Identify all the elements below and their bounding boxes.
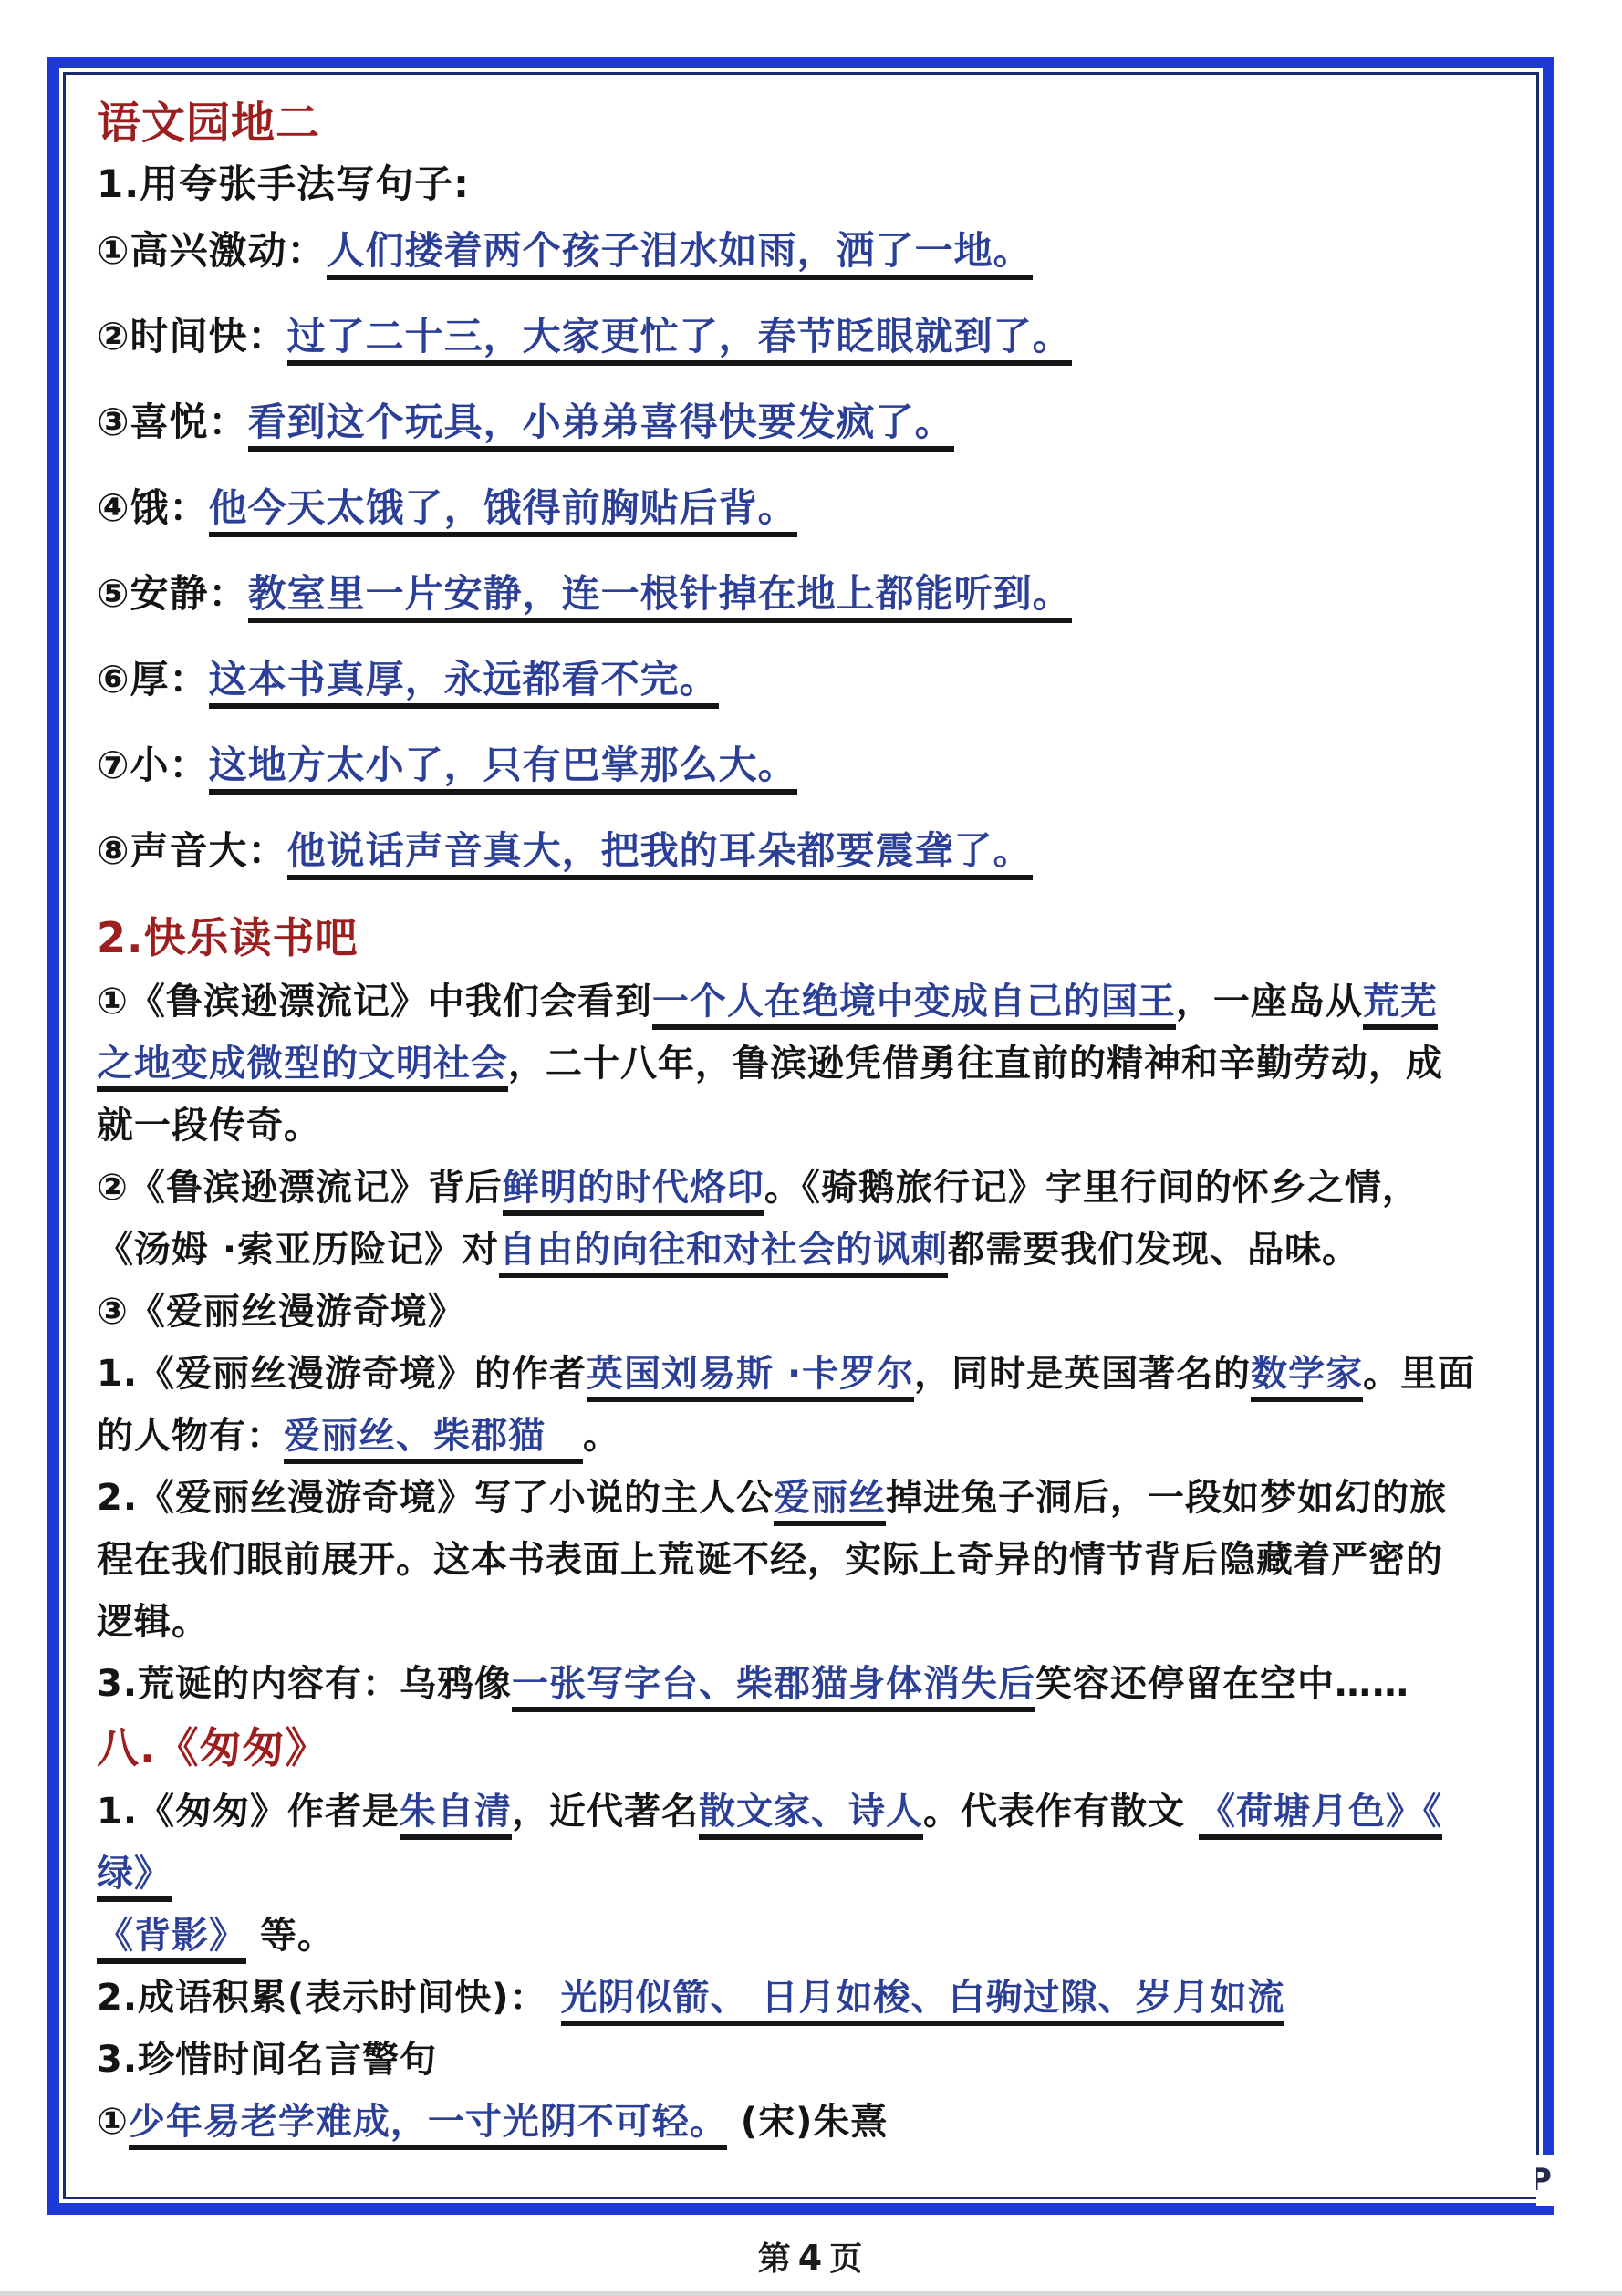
text-segment: ⑤安静： [97, 571, 248, 616]
text-segment: ③《爱丽丝漫游奇境》 [97, 1291, 465, 1333]
text-segment: 。 [583, 1415, 620, 1457]
text-line: ③《爱丽丝漫游奇境》 [97, 1286, 1509, 1337]
text-segment: 1.《匆匆》作者是 [97, 1791, 400, 1833]
text-line: ②《鲁滨逊漂流记》背后鲜明的时代烙印。《骑鹅旅行记》字里行间的怀乡之情， [97, 1162, 1509, 1213]
answer-text-underlined: 鲜明的时代烙印 [503, 1167, 764, 1216]
page-footer: 第4页 [0, 2233, 1622, 2280]
text-segment: 程在我们眼前展开。这本书表面上荒诞不经，实际上奇异的情节背后隐藏着严密的 [97, 1539, 1443, 1581]
watermark-glyph: P [1536, 2155, 1552, 2206]
text-segment: 1.《爱丽丝漫游奇境》的作者 [97, 1353, 587, 1395]
text-line: 逻辑。 [97, 1596, 1509, 1647]
text-segment: ③喜悦： [97, 400, 248, 444]
answer-text-underlined: 爱丽丝、柴郡猫 [284, 1415, 583, 1464]
text-segment: 2.成语积累(表示时间快)： [97, 1977, 561, 2019]
text-segment: 等。 [246, 1915, 335, 1957]
text-line: 2.成语积累(表示时间快)： 光阴似箭、 日月如梭、白驹过隙、岁月如流 [97, 1972, 1509, 2023]
text-line: ⑧声音大：他说话声音真大，把我的耳朵都要震聋了。 [97, 825, 1509, 878]
text-line: 之地变成微型的文明社会，二十八年，鲁滨逊凭借勇往直前的精神和辛勤劳动，成 [97, 1038, 1509, 1089]
text-segment: 3.珍惜时间名言警句 [97, 2039, 437, 2081]
text-line: ⑦小：这地方太小了，只有巴掌那么大。 [97, 739, 1509, 792]
footer-suffix: 页 [829, 2240, 864, 2278]
text-line: ④饿：他今天太饿了，饿得前胸贴后背。 [97, 482, 1509, 535]
text-segment: ⑥厚： [97, 657, 209, 701]
answer-text-underlined: 他今天太饿了，饿得前胸贴后背。 [209, 485, 797, 537]
text-segment: 就一段传奇。 [97, 1105, 321, 1147]
answer-text-underlined: 散文家、诗人 [699, 1791, 923, 1840]
text-line: 《背影》 等。 [97, 1910, 1509, 1961]
text-line: 就一段传奇。 [97, 1100, 1509, 1151]
page-number: 4 [798, 2238, 824, 2278]
text-line: 绿》 [97, 1848, 1509, 1899]
answer-text-underlined: 自由的向往和对社会的讽刺 [499, 1229, 948, 1278]
section-heading: 2.快乐读书吧 [97, 910, 1509, 965]
answer-text-underlined: 数学家 [1251, 1353, 1363, 1402]
text-segment: ①《鲁滨逊漂流记》中我们会看到 [97, 981, 652, 1023]
answer-text-underlined: 一张写字台、柴郡猫身体消失后 [512, 1663, 1035, 1712]
answer-text-underlined: 这地方太小了，只有巴掌那么大。 [209, 743, 797, 795]
text-segment: 1.用夸张手法写句子: [97, 161, 470, 206]
text-segment: 语文园地二 [97, 98, 320, 149]
footer-prefix: 第 [758, 2240, 793, 2278]
text-line: ⑥厚：这本书真厚，永远都看不完。 [97, 653, 1509, 706]
answer-text-underlined: 绿》 [97, 1853, 172, 1902]
text-segment: ⑧声音大： [97, 828, 287, 873]
answer-text-underlined: 光阴似箭、 日月如梭、白驹过隙、岁月如流 [561, 1977, 1285, 2026]
page-border-inner-line: 语文园地二1.用夸张手法写句子:①高兴激动：人们搂着两个孩子泪水如雨，洒了一地。… [63, 72, 1539, 2199]
text-line: 1.《匆匆》作者是朱自清，近代著名散文家、诗人。代表作有散文 《荷塘月色》《 [97, 1786, 1509, 1837]
answer-text-underlined: 之地变成微型的文明社会 [97, 1043, 508, 1092]
text-segment: 《汤姆 ·索亚历险记》对 [97, 1229, 499, 1271]
page-border-frame: 语文园地二1.用夸张手法写句子:①高兴激动：人们搂着两个孩子泪水如雨，洒了一地。… [47, 57, 1554, 2215]
text-segment: 都需要我们发现、品味。 [948, 1229, 1359, 1271]
text-segment: ④饿： [97, 485, 209, 530]
text-line: 3.荒诞的内容有：乌鸦像一张写字台、柴郡猫身体消失后笑容还停留在空中…… [97, 1658, 1509, 1709]
text-segment: 逻辑。 [97, 1601, 209, 1643]
text-segment: ①高兴激动： [97, 228, 327, 273]
scan-edge-artifact [0, 2291, 1622, 2296]
answer-text-underlined: 《荷塘月色》《 [1199, 1791, 1442, 1840]
answer-text-underlined: 一个人在绝境中变成自己的国王 [652, 981, 1176, 1030]
answer-text-underlined: 荒芜 [1363, 981, 1438, 1030]
answer-text-underlined: 朱自清 [400, 1791, 512, 1840]
text-segment: ，二十八年，鲁滨逊凭借勇往直前的精神和辛勤劳动，成 [508, 1043, 1443, 1085]
text-segment: 。代表作有散文 [923, 1791, 1199, 1833]
text-segment: 掉进兔子洞后，一段如梦如幻的旅 [886, 1477, 1447, 1519]
text-line: 3.珍惜时间名言警句 [97, 2034, 1509, 2085]
text-line: 2.《爱丽丝漫游奇境》写了小说的主人公爱丽丝掉进兔子洞后，一段如梦如幻的旅 [97, 1472, 1509, 1523]
answer-text-underlined: 教室里一片安静，连一根针掉在地上都能听到。 [248, 571, 1072, 623]
watermark-fragment: P [1536, 2155, 1564, 2206]
text-line: 的人物有：爱丽丝、柴郡猫 。 [97, 1410, 1509, 1461]
text-segment: (宋)朱熹 [727, 2101, 889, 2143]
text-segment: 2.快乐读书吧 [97, 913, 358, 962]
text-segment: ① [97, 2101, 129, 2143]
text-line: 1.《爱丽丝漫游奇境》的作者英国刘易斯 ·卡罗尔，同时是英国著名的数学家。里面 [97, 1348, 1509, 1399]
text-segment: 的人物有： [97, 1415, 284, 1457]
text-segment: 。里面 [1363, 1353, 1475, 1395]
document-content: 语文园地二1.用夸张手法写句子:①高兴激动：人们搂着两个孩子泪水如雨，洒了一地。… [66, 75, 1536, 2197]
text-line: ③喜悦：看到这个玩具，小弟弟喜得快要发疯了。 [97, 396, 1509, 449]
text-segment: 笑容还停留在空中…… [1035, 1663, 1409, 1705]
text-line: ①《鲁滨逊漂流记》中我们会看到一个人在绝境中变成自己的国王，一座岛从荒芜 [97, 976, 1509, 1027]
text-segment: ②时间快： [97, 314, 287, 358]
answer-text-underlined: 少年易老学难成，一寸光阴不可轻。 [129, 2101, 727, 2150]
text-segment: 2.《爱丽丝漫游奇境》写了小说的主人公 [97, 1477, 774, 1519]
text-line: 1.用夸张手法写句子: [97, 159, 1509, 210]
answer-text-underlined: 英国刘易斯 ·卡罗尔 [587, 1353, 914, 1402]
text-segment: ，一座岛从 [1176, 981, 1363, 1023]
text-line: 《汤姆 ·索亚历险记》对自由的向往和对社会的讽刺都需要我们发现、品味。 [97, 1224, 1509, 1275]
text-line: ①高兴激动：人们搂着两个孩子泪水如雨，洒了一地。 [97, 224, 1509, 277]
answer-text-underlined: 人们搂着两个孩子泪水如雨，洒了一地。 [327, 228, 1033, 280]
text-line: 程在我们眼前展开。这本书表面上荒诞不经，实际上奇异的情节背后隐藏着严密的 [97, 1534, 1509, 1585]
section-heading: 八.《匆匆》 [97, 1720, 1509, 1775]
text-segment: 3.荒诞的内容有：乌鸦像 [97, 1663, 512, 1705]
answer-text-underlined: 过了二十三，大家更忙了，春节眨眼就到了。 [287, 314, 1072, 366]
text-segment: ⑦小： [97, 743, 209, 787]
answer-text-underlined: 看到这个玩具，小弟弟喜得快要发疯了。 [248, 400, 954, 452]
text-segment: 。《骑鹅旅行记》字里行间的怀乡之情， [764, 1167, 1419, 1209]
text-segment: 八.《匆匆》 [97, 1723, 328, 1772]
text-segment: ②《鲁滨逊漂流记》背后 [97, 1167, 503, 1209]
page-title: 语文园地二 [97, 95, 1509, 151]
answer-text-underlined: 《背影》 [97, 1915, 246, 1964]
answer-text-underlined: 这本书真厚，永远都看不完。 [209, 657, 719, 709]
answer-text-underlined: 爱丽丝 [774, 1477, 886, 1526]
text-line: ①少年易老学难成，一寸光阴不可轻。 (宋)朱熹 [97, 2096, 1509, 2147]
text-line: ②时间快：过了二十三，大家更忙了，春节眨眼就到了。 [97, 310, 1509, 363]
text-line: ⑤安静：教室里一片安静，连一根针掉在地上都能听到。 [97, 567, 1509, 620]
text-segment: ，近代著名 [512, 1791, 699, 1833]
text-segment: ，同时是英国著名的 [914, 1353, 1251, 1395]
answer-text-underlined: 他说话声音真大，把我的耳朵都要震聋了。 [287, 828, 1033, 880]
